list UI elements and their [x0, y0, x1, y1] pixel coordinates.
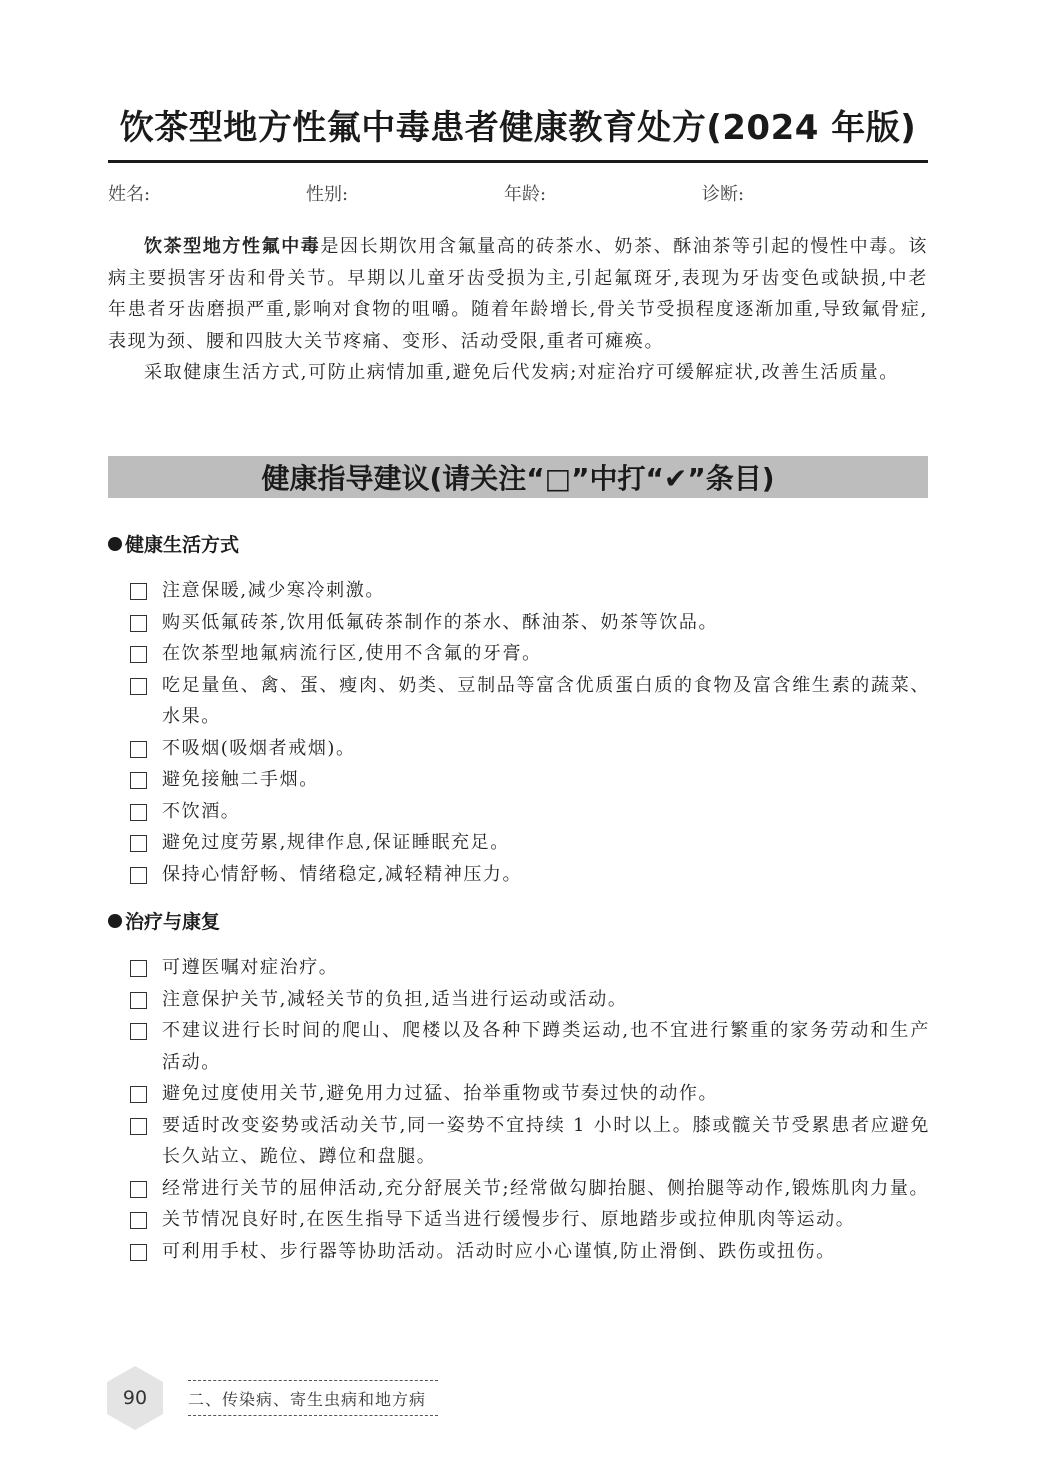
intro-text: 饮茶型地方性氟中毒是因长期饮用含氟量高的砖茶水、奶茶、酥油茶等引起的慢性中毒。该… — [108, 231, 928, 389]
checkbox[interactable] — [130, 867, 147, 884]
intro-paragraph-1: 饮茶型地方性氟中毒是因长期饮用含氟量高的砖茶水、奶茶、酥油茶等引起的慢性中毒。该… — [108, 231, 928, 357]
checkbox[interactable] — [130, 1086, 147, 1103]
checklist-item: 注意保暖,减少寒冷刺激。 — [130, 575, 930, 607]
checklist-item: 在饮茶型地氟病流行区,使用不含氟的牙膏。 — [130, 638, 930, 670]
section-heading-treatment: 治疗与康复 — [108, 907, 220, 934]
checkbox[interactable] — [130, 772, 147, 789]
checkbox[interactable] — [130, 583, 147, 600]
checkbox[interactable] — [130, 992, 147, 1009]
checklist-item: 不饮酒。 — [130, 796, 930, 828]
checkbox[interactable] — [130, 1181, 147, 1198]
age-field-label: 年龄: — [504, 180, 702, 206]
checkbox[interactable] — [130, 1212, 147, 1229]
checklist-item: 避免接触二手烟。 — [130, 764, 930, 796]
guidance-banner: 健康指导建议(请关注“□”中打“✔”条目) — [108, 456, 928, 498]
title-divider — [108, 160, 928, 163]
checklist-item: 要适时改变姿势或活动关节,同一姿势不宜持续 1 小时以上。膝或髋关节受累患者应避… — [130, 1110, 930, 1173]
checklist-item: 可遵医嘱对症治疗。 — [130, 952, 930, 984]
checkbox[interactable] — [130, 804, 147, 821]
section-heading-lifestyle: 健康生活方式 — [108, 530, 239, 557]
intro-bold-term: 饮茶型地方性氟中毒 — [144, 236, 320, 257]
gender-field-label: 性别: — [306, 180, 504, 206]
checkbox[interactable] — [130, 646, 147, 663]
checkbox[interactable] — [130, 615, 147, 632]
checkbox[interactable] — [130, 741, 147, 758]
treatment-checklist: 可遵医嘱对症治疗。 注意保护关节,减轻关节的负担,适当进行运动或活动。 不建议进… — [130, 952, 930, 1267]
name-field-label: 姓名: — [108, 180, 306, 206]
checkbox[interactable] — [130, 960, 147, 977]
diagnosis-field-label: 诊断: — [702, 180, 900, 206]
checkbox[interactable] — [130, 1244, 147, 1261]
intro-paragraph-2: 采取健康生活方式,可防止病情加重,避免后代发病;对症治疗可缓解症状,改善生活质量… — [108, 357, 928, 389]
checklist-item: 吃足量鱼、禽、蛋、瘦肉、奶类、豆制品等富含优质蛋白质的食物及富含维生素的蔬菜、水… — [130, 670, 930, 733]
checklist-item: 购买低氟砖茶,饮用低氟砖茶制作的茶水、酥油茶、奶茶等饮品。 — [130, 607, 930, 639]
page-title: 饮茶型地方性氟中毒患者健康教育处方(2024 年版) — [108, 100, 928, 149]
chapter-label: 二、传染病、寄生虫病和地方病 — [188, 1380, 438, 1416]
checklist-item: 注意保护关节,减轻关节的负担,适当进行运动或活动。 — [130, 984, 930, 1016]
bullet-icon — [108, 914, 122, 928]
section-heading-text: 治疗与康复 — [125, 907, 220, 934]
checklist-item: 不建议进行长时间的爬山、爬楼以及各种下蹲类运动,也不宜进行繁重的家务劳动和生产活… — [130, 1015, 930, 1078]
section-heading-text: 健康生活方式 — [125, 530, 239, 557]
checkbox[interactable] — [130, 1023, 147, 1040]
checklist-item: 保持心情舒畅、情绪稳定,减轻精神压力。 — [130, 859, 930, 891]
checklist-item: 经常进行关节的屈伸活动,充分舒展关节;经常做勾脚抬腿、侧抬腿等动作,锻炼肌肉力量… — [130, 1173, 930, 1205]
checkbox[interactable] — [130, 1118, 147, 1135]
checklist-item: 不吸烟(吸烟者戒烟)。 — [130, 733, 930, 765]
checklist-item: 避免过度使用关节,避免用力过猛、抬举重物或节奏过快的动作。 — [130, 1078, 930, 1110]
bullet-icon — [108, 537, 122, 551]
patient-info-fields: 姓名: 性别: 年龄: 诊断: — [108, 180, 928, 206]
checklist-item: 关节情况良好时,在医生指导下适当进行缓慢步行、原地踏步或拉伸肌肉等运动。 — [130, 1204, 930, 1236]
page-number-badge: 90 — [107, 1366, 163, 1430]
lifestyle-checklist: 注意保暖,减少寒冷刺激。 购买低氟砖茶,饮用低氟砖茶制作的茶水、酥油茶、奶茶等饮… — [130, 575, 930, 890]
checklist-item: 避免过度劳累,规律作息,保证睡眠充足。 — [130, 827, 930, 859]
checklist-item: 可利用手杖、步行器等协助活动。活动时应小心谨慎,防止滑倒、跌伤或扭伤。 — [130, 1236, 930, 1268]
checkbox[interactable] — [130, 835, 147, 852]
checkbox[interactable] — [130, 678, 147, 695]
